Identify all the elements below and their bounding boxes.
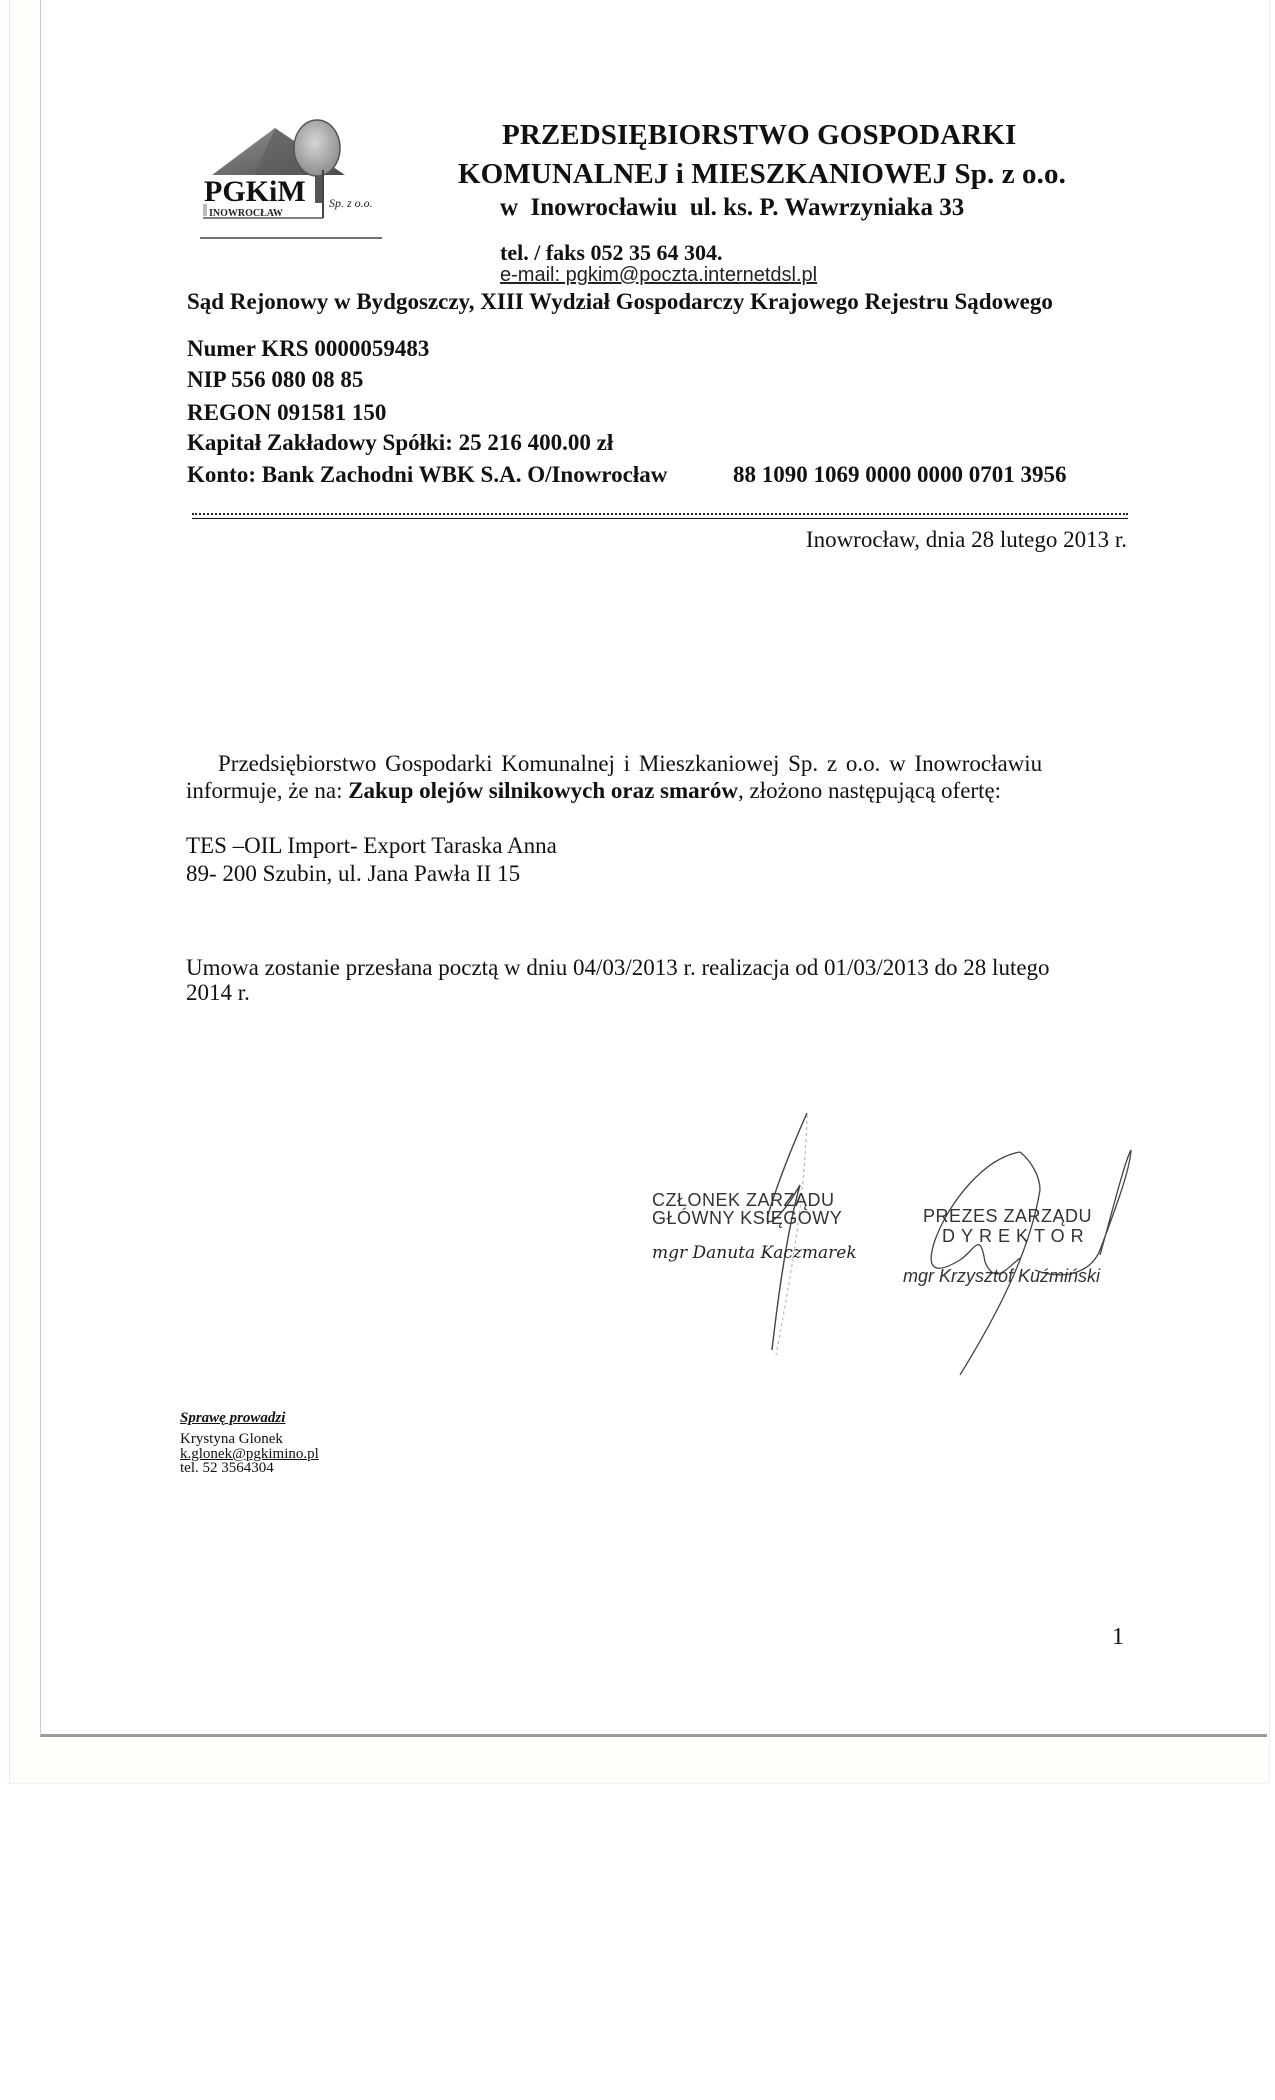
contract-line1: Umowa zostanie przesłana pocztą w dniu 0… <box>186 955 1050 981</box>
document-date: Inowrocław, dnia 28 lutego 2013 r. <box>806 527 1127 553</box>
share-capital: Kapitał Zakładowy Spółki: 25 216 400.00 … <box>187 430 613 456</box>
intro-line2: informuje, że na: Zakup olejów silnikowy… <box>186 778 1001 804</box>
left-signatory-role2: GŁÓWNY KSIĘGOWY <box>652 1208 842 1229</box>
header-dotted-divider <box>192 513 1128 515</box>
intro-text: informuje, że na: <box>186 778 348 803</box>
krs-number: Numer KRS 0000059483 <box>187 336 429 362</box>
company-name-line1: PRZEDSIĘBIORSTWO GOSPODARKI <box>502 119 1016 152</box>
logo-abbreviation: PGKiM <box>204 175 306 209</box>
nip-number: NIP 556 080 08 85 <box>187 367 363 393</box>
tender-subject: Zakup olejów silnikowych oraz smarów <box>348 778 738 803</box>
company-phone: tel. / faks 052 35 64 304. <box>500 240 722 266</box>
contact-heading: Sprawę prowadzi <box>180 1410 285 1427</box>
bank-account-label: Konto: Bank Zachodni WBK S.A. O/Inowrocł… <box>187 462 667 488</box>
contact-phone: tel. 52 3564304 <box>180 1461 274 1476</box>
bank-account-number: 88 1090 1069 0000 0000 0701 3956 <box>733 462 1067 488</box>
offer-address: 89- 200 Szubin, ul. Jana Pawła II 15 <box>186 861 520 887</box>
left-signatory-name: mgr Danuta Kaczmarek <box>652 1243 857 1263</box>
intro-text-end: , złożono następującą ofertę: <box>738 778 1001 803</box>
regon-number: REGON 091581 150 <box>187 400 386 426</box>
logo-legal-form: Sp. z o.o. <box>329 196 373 211</box>
offer-company: TES –OIL Import- Export Taraska Anna <box>186 833 557 859</box>
contract-line2: 2014 r. <box>186 980 250 1006</box>
right-signatory-role1: PREZES ZARZĄDU <box>923 1206 1092 1227</box>
company-logo: PGKiM Sp. z o.o. INOWROCŁAW <box>195 108 395 243</box>
right-signatory-name: mgr Krzysztof Kuźmiński <box>903 1266 1100 1287</box>
contact-name: Krystyna Glonek <box>180 1432 283 1447</box>
logo-city: INOWROCŁAW <box>209 208 283 219</box>
header-divider <box>192 518 1128 519</box>
intro-line1: Przedsiębiorstwo Gospodarki Komunalnej i… <box>218 751 1042 777</box>
right-signatory-role2: DYREKTOR <box>942 1226 1090 1247</box>
company-address: w Inowrocławiu ul. ks. P. Wawrzyniaka 33 <box>500 194 964 222</box>
company-email-link[interactable]: e-mail: pgkim@poczta.internetdsl.pl <box>500 264 817 287</box>
page-number: 1 <box>1112 1624 1124 1651</box>
company-name-line2: KOMUNALNEJ i MIESZKANIOWEJ Sp. z o.o. <box>458 158 1066 191</box>
court-registration: Sąd Rejonowy w Bydgoszczy, XIII Wydział … <box>187 289 1053 315</box>
